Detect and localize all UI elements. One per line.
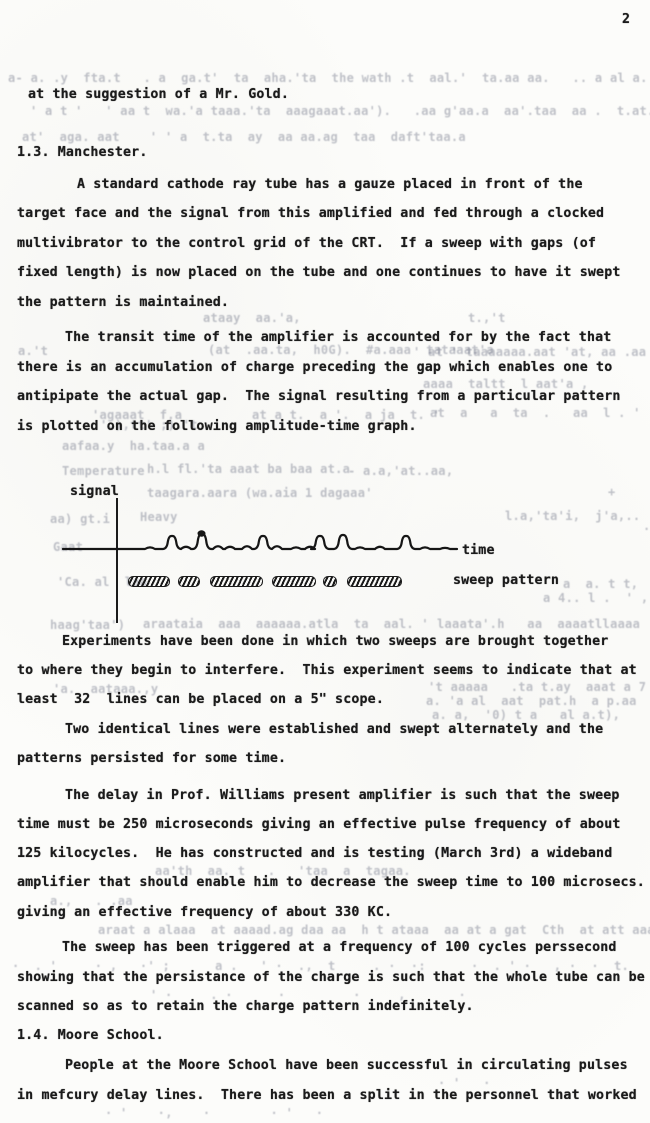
page-number: 2 [622, 12, 630, 27]
body-line: to where they begin to interfere. This e… [17, 663, 637, 678]
ghost-text: araat a alaaa at aaaad.ag daa aa h t ata… [98, 923, 650, 937]
body-line: is plotted on the following amplitude-ti… [17, 419, 417, 434]
ghost-text: + [608, 485, 616, 499]
ghost-text: · ' ·, · · ' · [105, 1106, 323, 1120]
sweep-segment [178, 576, 200, 587]
ghost-text: a- a. .y fta.t . a ga.t' ta aha.'ta the … [8, 71, 648, 85]
diagram-sweep-pattern-label: sweep pattern [453, 573, 559, 588]
body-line: The delay in Prof. Williams present ampl… [65, 788, 620, 803]
ghost-text: at a a ta . aa l . ' [430, 406, 641, 420]
ghost-text: at' aga. aat ' ' a t.ta ay aa aa.ag taa … [22, 130, 466, 144]
body-line: People at the Moore School have been suc… [65, 1058, 628, 1073]
body-line: the pattern is maintained. [17, 295, 229, 310]
body-line: 125 kilocycles. He has constructed and i… [17, 846, 612, 861]
sweep-segment [210, 576, 263, 587]
body-line: multivibrator to the control grid of the… [17, 236, 596, 251]
body-line: patterns persisted for some time. [17, 751, 286, 766]
body-line: amplifier that should enable him to decr… [17, 875, 645, 890]
ghost-text: 't aaaaa .ta t.ay aaat a 7 [428, 680, 646, 694]
diagram-vertical-axis [116, 498, 118, 623]
body-line: The transit time of the amplifier is acc… [65, 330, 611, 345]
ghost-text: t.,'t [468, 311, 506, 325]
ghost-text: ' a t ' ' aa t wa.'a taaa.'ta aaagaaat.a… [30, 104, 650, 118]
body-line: giving an effective frequency of about 3… [17, 905, 392, 920]
sweep-segment [323, 576, 337, 587]
body-line: in mefcury delay lines. There has been a… [17, 1088, 637, 1103]
ghost-text: a 4.. l . ' , ' . , . [543, 591, 650, 605]
body-line: there is an accumulation of charge prece… [17, 360, 612, 375]
ghost-text: laaata'.h aa aaaatllaaaa [437, 617, 640, 631]
ghost-text: aafaa.y ha.taa.a a [62, 439, 205, 453]
body-line: Experiments have been done in which two … [62, 634, 608, 649]
body-line: target face and the signal from this amp… [17, 206, 604, 221]
ghost-text: haag'taa') [50, 618, 125, 632]
body-line: fixed length) is now placed on the tube … [17, 265, 621, 280]
ghost-text: a.'t [18, 344, 48, 358]
ghost-text: a a. t t, [563, 577, 638, 591]
ghost-text: ataay aa.'a, [203, 311, 301, 325]
ghost-text: l.a,'ta'i, j'a,.. [505, 509, 640, 523]
body-line: scanned so as to retain the charge patte… [17, 999, 474, 1014]
body-line: antipipate the actual gap. The signal re… [17, 389, 621, 404]
ghost-text: araataia aaa aaaaaa.atla ta aal. ' [143, 617, 429, 631]
ghost-text: . [643, 519, 650, 533]
body-line: time must be 250 microseconds giving an … [17, 817, 621, 832]
diagram-time-axis-label: time [462, 543, 495, 558]
ghost-text: h.l fl.'ta aaat ba baa at.a [147, 462, 350, 476]
body-line: A standard cathode ray tube has a gauze … [77, 177, 583, 192]
diagram-signal-axis-label: signal [70, 484, 119, 499]
ghost-text: Temperature [62, 464, 145, 478]
section-heading-1-3: 1.3. Manchester. [17, 145, 148, 160]
body-line: at the suggestion of a Mr. Gold. [28, 87, 289, 102]
scanned-document-page: a- a. .y fta.t . a ga.t' ta aha.'ta the … [0, 0, 650, 1123]
amplitude-time-waveform [60, 520, 460, 554]
body-line: showing that the persistance of the char… [17, 970, 645, 985]
ghost-text: a. a, '0) t a al a.t), [432, 708, 620, 722]
waveform-ink-blob [198, 530, 206, 536]
body-line: least 32 lines can be placed on a 5" sco… [17, 692, 384, 707]
ghost-text: - a.a,'at..aa, [348, 464, 453, 478]
sweep-segment [128, 576, 170, 587]
section-heading-1-4: 1.4. Moore School. [17, 1028, 164, 1043]
ghost-text: a. 'a al aat pat.h a p.aa [426, 694, 637, 708]
sweep-segment [347, 576, 402, 587]
ghost-text: ' at ' taaaaaaa.aat 'at, aa .aa [413, 345, 646, 359]
body-line: The sweep has been triggered at a freque… [62, 940, 617, 955]
ghost-text: taagara.aara (wa.aia 1 dagaaa' [147, 486, 373, 500]
body-line: Two identical lines were established and… [65, 722, 603, 737]
sweep-segment [272, 576, 316, 587]
